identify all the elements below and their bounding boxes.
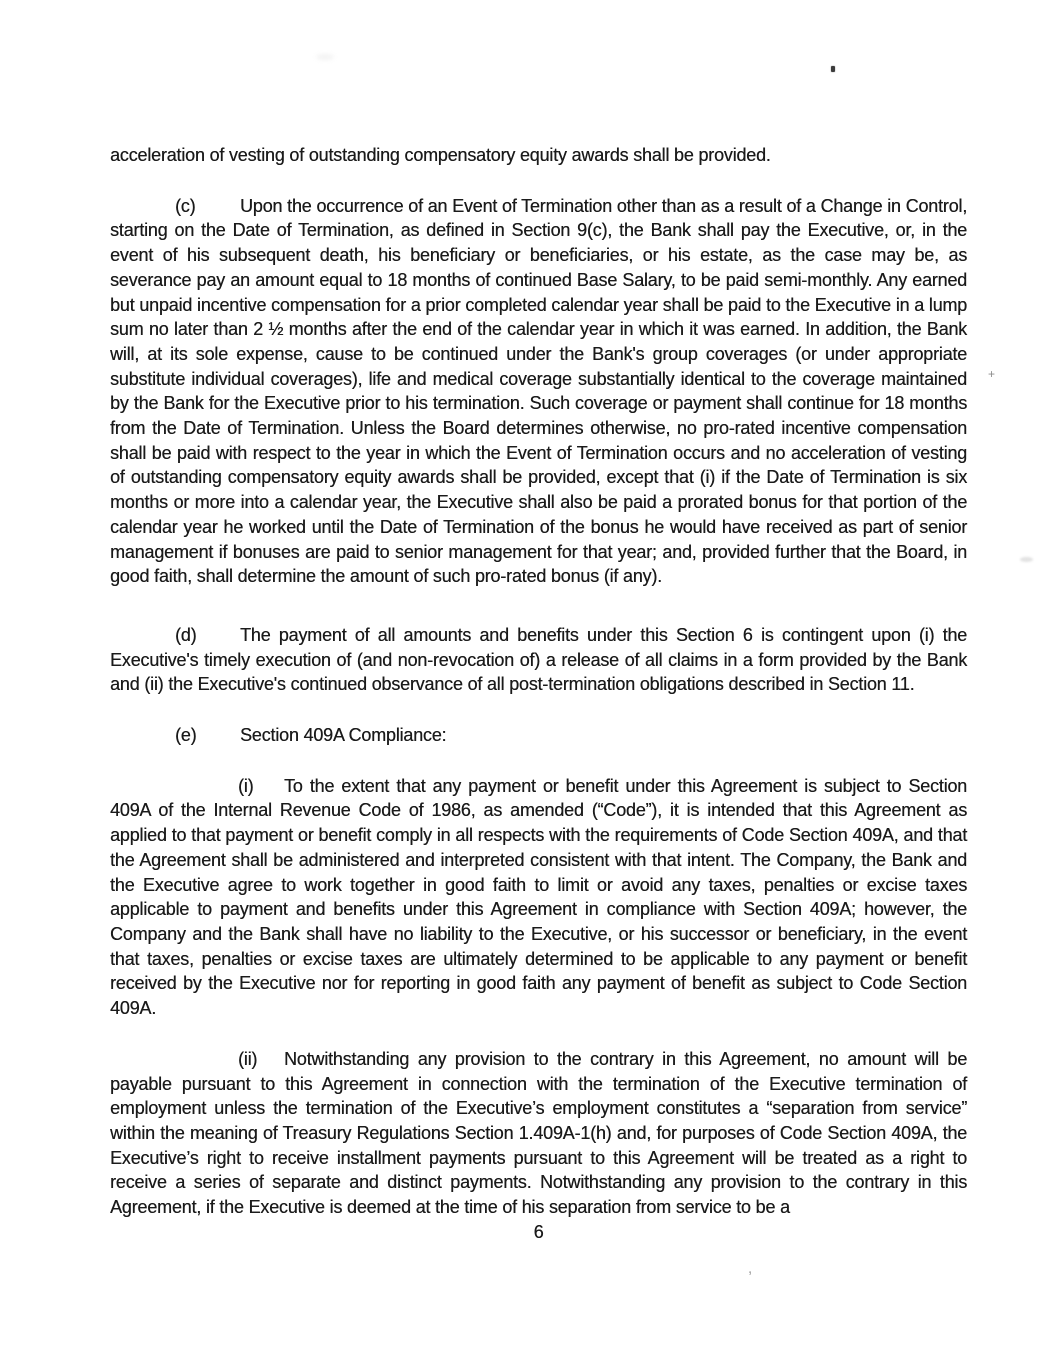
paragraph-text: Upon the occurrence of an Event of Termi…: [110, 196, 967, 587]
page-number: 6: [110, 1220, 967, 1245]
paragraph-ii: (ii)Notwithstanding any provision to the…: [110, 1047, 967, 1220]
scan-artifact-dot: [831, 66, 835, 72]
paragraph-text: To the extent that any payment or benefi…: [110, 776, 967, 1018]
paragraph-text: Notwithstanding any provision to the con…: [110, 1049, 967, 1217]
paragraph-text: Section 409A Compliance:: [240, 725, 446, 745]
paragraph-label: (ii): [238, 1047, 284, 1072]
paragraph-c: (c)Upon the occurrence of an Event of Te…: [110, 194, 967, 589]
document-page: acceleration of vesting of outstanding c…: [0, 0, 1055, 1365]
scan-artifact-smudge: [316, 54, 334, 60]
scan-artifact-comma: ,: [748, 1260, 752, 1277]
page-text-block: acceleration of vesting of outstanding c…: [110, 143, 967, 1244]
scan-artifact-speck: [1020, 557, 1033, 562]
paragraph-label: (i): [238, 774, 284, 799]
paragraph-e-heading: (e)Section 409A Compliance:: [110, 723, 967, 748]
continuation-paragraph-line: acceleration of vesting of outstanding c…: [110, 143, 967, 168]
paragraph-label: (d): [175, 623, 240, 648]
paragraph-label: (e): [175, 723, 240, 748]
paragraph-label: (c): [175, 194, 240, 219]
paragraph-i: (i)To the extent that any payment or ben…: [110, 774, 967, 1021]
paragraph-d: (d)The payment of all amounts and benefi…: [110, 623, 967, 697]
scan-artifact-mark: +: [988, 368, 995, 380]
